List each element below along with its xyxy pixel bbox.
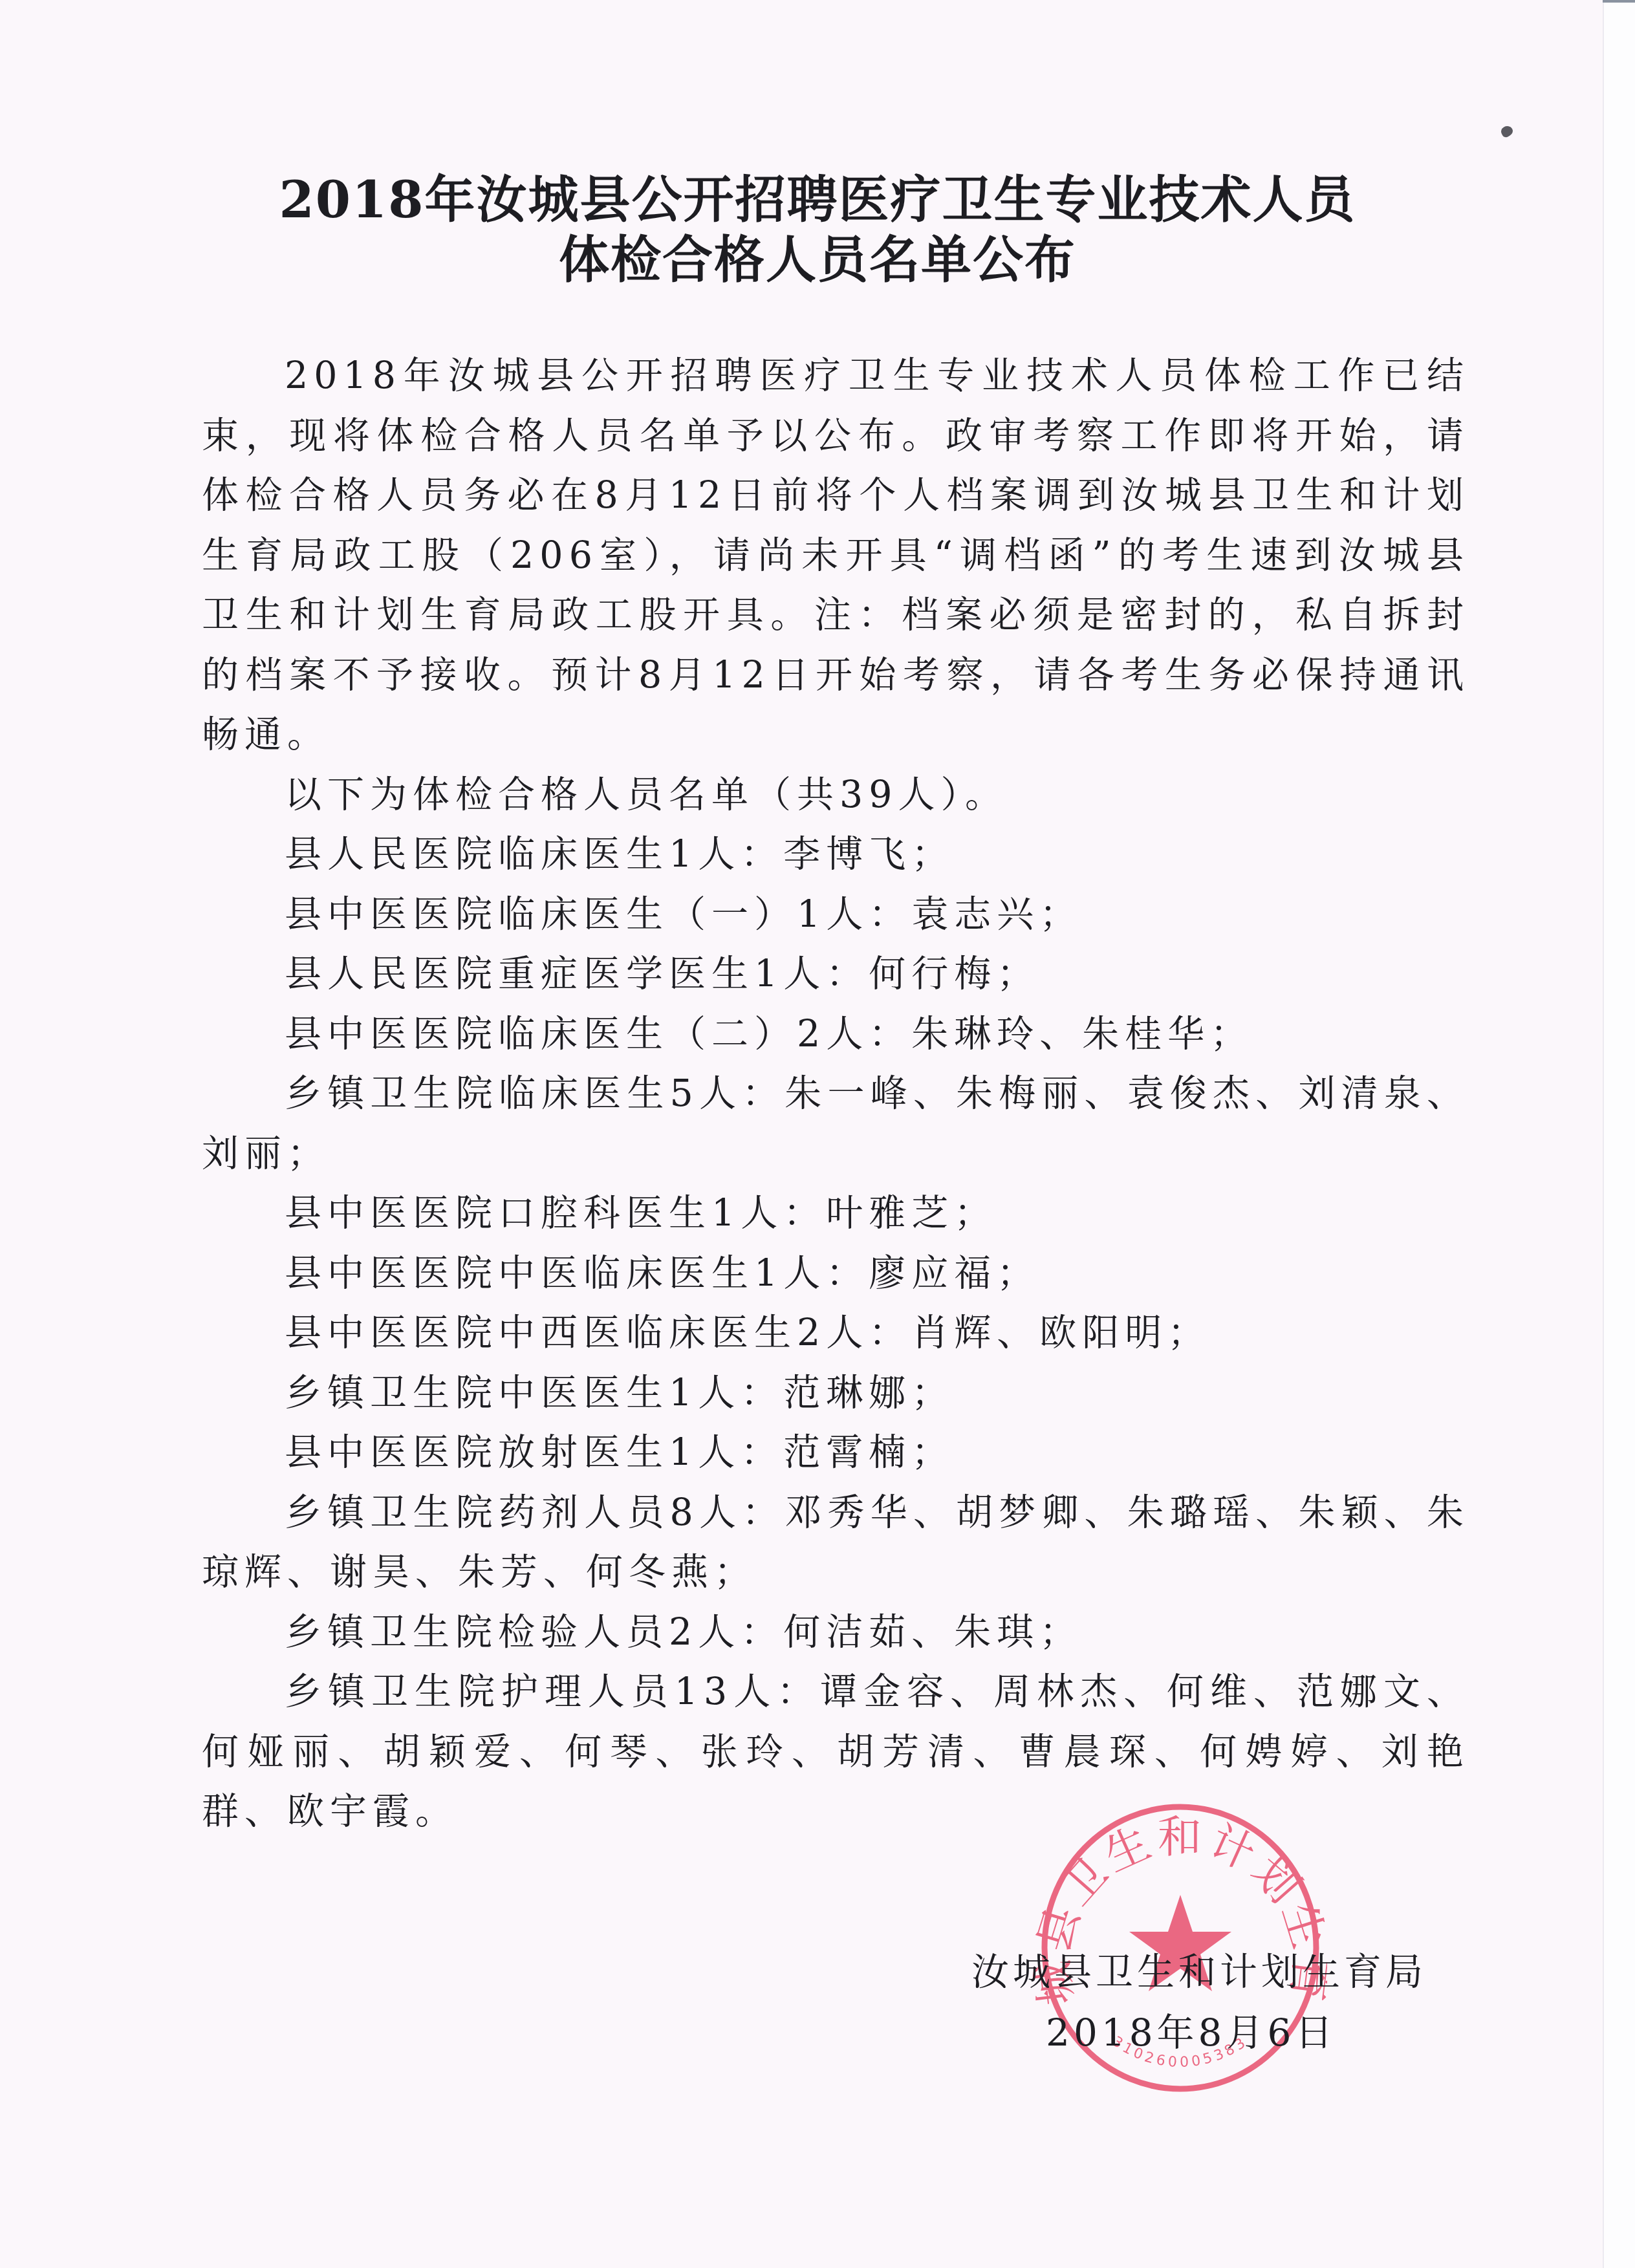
position-entry: 县中医医院放射医生1人：范霄楠； (202, 1423, 1469, 1483)
issue-date: 2018年8月6日 (971, 2002, 1427, 2063)
position-entry: 乡镇卫生院检验人员2人：何洁茹、朱琪； (202, 1603, 1469, 1663)
title-line-2: 体检合格人员名单公布 (0, 232, 1635, 290)
position-entry: 县中医医院中西医临床医生2人：肖辉、欧阳明； (202, 1303, 1469, 1363)
scan-speck (1499, 124, 1515, 139)
position-entry: 县人民医院临床医生1人：李博飞； (202, 825, 1469, 885)
title-line-1: 2018年汝城县公开招聘医疗卫生专业技术人员 (0, 171, 1635, 230)
document-body: 2018年汝城县公开招聘医疗卫生专业技术人员体检工作已结束，现将体检合格人员名单… (202, 346, 1469, 1842)
position-entry: 县人民医院重症医学医生1人：何行梅； (202, 944, 1469, 1004)
position-entry: 乡镇卫生院药剂人员8人：邓秀华、胡梦卿、朱璐瑶、朱颖、朱琼辉、谢昊、朱芳、何冬燕… (202, 1483, 1469, 1603)
position-entry: 县中医医院临床医生（二）2人：朱琳玲、朱桂华； (202, 1004, 1469, 1064)
position-entry: 乡镇卫生院临床医生5人：朱一峰、朱梅丽、袁俊杰、刘清泉、刘丽； (202, 1064, 1469, 1183)
signature-block: 汝城县卫生和计划生育局 2018年8月6日 (971, 1941, 1427, 2063)
intro-paragraph: 2018年汝城县公开招聘医疗卫生专业技术人员体检工作已结束，现将体检合格人员名单… (202, 346, 1469, 765)
scan-edge (1603, 0, 1635, 2268)
position-entry: 县中医医院中医临床医生1人：廖应福； (202, 1244, 1469, 1304)
position-entry: 乡镇卫生院中医医生1人：范琳娜； (202, 1363, 1469, 1423)
scan-edge-top (1603, 0, 1635, 3)
position-entry: 县中医医院口腔科医生1人：叶雅芝； (202, 1183, 1469, 1244)
issuing-organization: 汝城县卫生和计划生育局 (971, 1941, 1427, 2002)
position-entry: 县中医医院临床医生（一）1人：袁志兴； (202, 885, 1469, 945)
list-intro: 以下为体检合格人员名单（共39人）。 (202, 765, 1469, 825)
